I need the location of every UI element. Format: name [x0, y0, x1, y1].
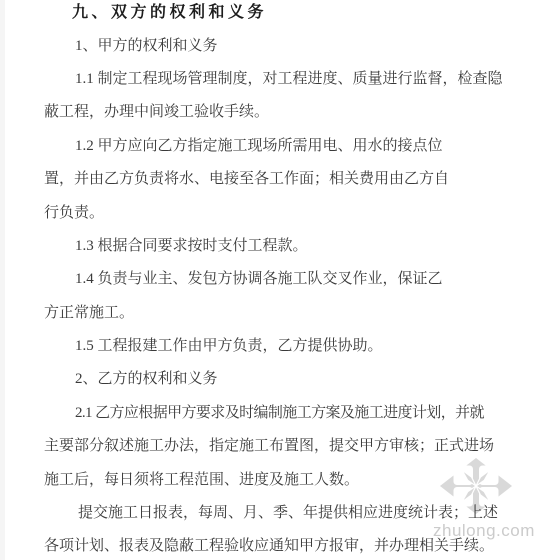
text-line: 1、甲方的权利和义务 — [75, 27, 539, 60]
text-line: 提交施工日报表，每周、月、季、年提供相应进度统计表；上述 — [78, 495, 539, 528]
document-heading: 九、双方的权利和义务 — [72, 0, 539, 27]
text-line: 2.1 乙方应根据甲方要求及时编制施工方案及施工进度计划，并就 — [75, 395, 539, 428]
scan-edge-artifact — [0, 0, 5, 560]
text-line: 1.4 负责与业主、发包方协调各施工队交叉作业，保证乙 — [75, 261, 539, 294]
text-line: 主要部分叙述施工办法，指定施工布置图，提交甲方审核；正式进场 — [44, 428, 539, 461]
text-line: 2、乙方的权利和义务 — [75, 361, 539, 394]
document-lines: 九、双方的权利和义务1、甲方的权利和义务1.1 制定工程现场管理制度，对工程进度… — [44, 0, 539, 560]
document-page: zhulong.com 九、双方的权利和义务1、甲方的权利和义务1.1 制定工程… — [0, 0, 539, 560]
text-line: 1.3 根据合同要求按时支付工程款。 — [75, 228, 539, 261]
text-line: 1.5 工程报建工作由甲方负责，乙方提供协助。 — [75, 328, 539, 361]
text-line: 1.2 甲方应向乙方指定施工现场所需用电、用水的接点位 — [75, 128, 539, 161]
text-line: 蔽工程，办理中间竣工验收手续。 — [44, 94, 539, 127]
text-line: 方正常施工。 — [44, 295, 539, 328]
text-line: 行负责。 — [44, 194, 539, 227]
text-line: 各项计划、报表及隐蔽工程验收应通知甲方报审，并办理相关手续。 — [44, 528, 539, 560]
text-line: 施工后，每日须将工程范围、进度及施工人数。 — [44, 461, 539, 494]
text-line: 1.1 制定工程现场管理制度，对工程进度、质量进行监督，检查隐 — [75, 61, 539, 94]
text-line: 置，并由乙方负责将水、电接至各工作面；相关费用由乙方自 — [44, 161, 539, 194]
